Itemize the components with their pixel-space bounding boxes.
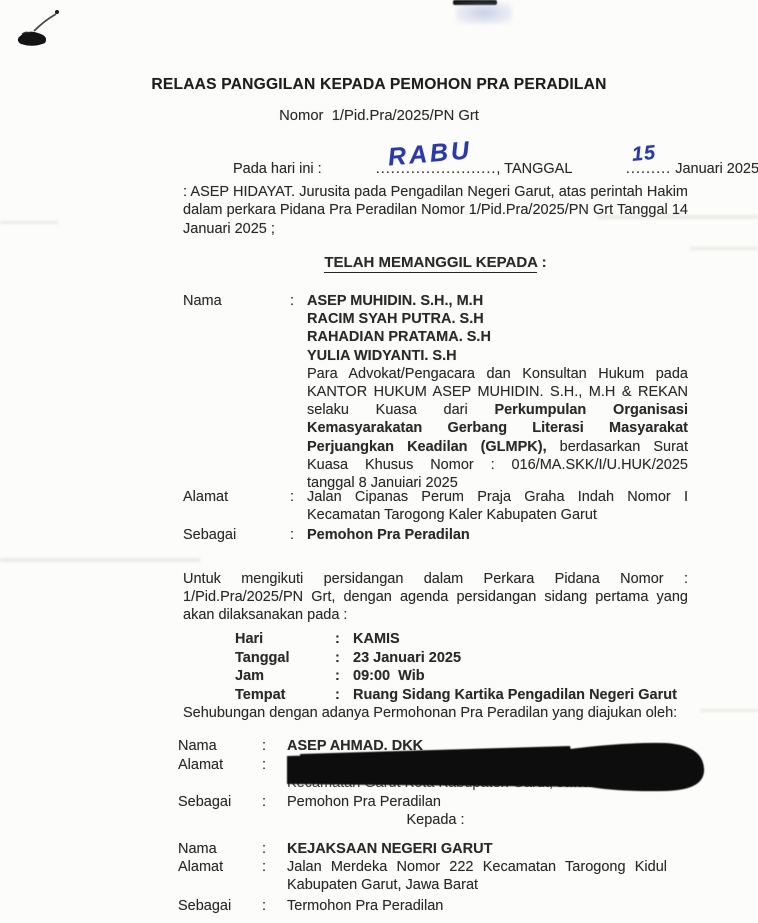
colon: : xyxy=(335,630,353,649)
respondent-name: KEJAKSAAN NEGERI GARUT xyxy=(287,840,688,858)
respondent-nama-row: Nama : KEJAKSAAN NEGERI GARUT xyxy=(178,840,688,858)
corner-ink-mark-icon xyxy=(12,4,66,52)
jam-label: Jam xyxy=(235,667,335,686)
alamat-label: Alamat xyxy=(178,756,262,792)
recipient-sebagai-row: Sebagai : Pemohon Pra Peradilan xyxy=(183,526,688,544)
opening-paragraph: Pada hari ini : ........................… xyxy=(183,160,688,238)
recipient-names: ASEP MUHIDIN. S.H., M.H RACIM SYAH PUTRA… xyxy=(307,292,688,492)
respondent-role: Termohon Pra Peradilan xyxy=(287,897,688,915)
opening-mid: , TANGGAL xyxy=(496,161,576,177)
colon: : xyxy=(262,858,287,894)
petitioner-intro: Sehubungan dengan adanya Permohonan Pra … xyxy=(183,704,708,722)
colon: : xyxy=(335,667,353,686)
recipient-role: Pemohon Pra Peradilan xyxy=(307,526,688,544)
alamat-label: Alamat xyxy=(178,858,262,894)
hearing-schedule: Hari : KAMIS Tanggal : 23 Januari 2025 J… xyxy=(235,630,695,704)
case-number: Nomor 1/Pid.Pra/2025/PN Grt xyxy=(0,107,758,125)
document-title: RELAAS PANGGILAN KEPADA PEMOHON PRA PERA… xyxy=(0,76,758,94)
summon-heading-text: TELAH MEMANGGIL KEPADA xyxy=(324,254,537,273)
sebagai-label: Sebagai xyxy=(178,793,262,811)
schedule-row-tanggal: Tanggal : 23 Januari 2025 xyxy=(235,649,695,668)
recipient-nama-row: Nama : ASEP MUHIDIN. S.H., M.H RACIM SYA… xyxy=(183,292,688,492)
schedule-row-jam: Jam : 09:00 Wib xyxy=(235,667,695,686)
colon: : xyxy=(262,897,287,915)
hearing-intro: Untuk mengikuti persidangan dalam Perkar… xyxy=(183,570,688,625)
hari-value: KAMIS xyxy=(353,630,695,649)
colon: : xyxy=(262,840,287,858)
colon: : xyxy=(290,292,307,492)
tanggal-value: 23 Januari 2025 xyxy=(353,649,695,668)
hari-label: Hari xyxy=(235,630,335,649)
opening-prefix: Pada hari ini : xyxy=(233,161,326,177)
blue-ink-smudge xyxy=(456,2,512,24)
scan-streak xyxy=(0,558,200,562)
counsel-name: YULIA WIDYANTI. S.H xyxy=(307,347,688,365)
summon-heading: TELAH MEMANGGIL KEPADA : xyxy=(183,254,688,272)
scan-streak xyxy=(0,221,58,224)
document-page: RELAAS PANGGILAN KEPADA PEMOHON PRA PERA… xyxy=(0,0,758,923)
alamat-label: Alamat xyxy=(183,488,290,524)
colon: : xyxy=(335,686,353,705)
kepada-heading: Kepada : xyxy=(183,811,688,829)
jam-value: 09:00 Wib xyxy=(353,667,695,686)
respondent-alamat-row: Alamat : Jalan Merdeka Nomor 222 Kecamat… xyxy=(178,858,688,894)
redaction-marker-bar xyxy=(270,738,720,804)
opening-line1: Pada hari ini : ........................… xyxy=(183,160,688,178)
day-dotted-line: ........................RABU xyxy=(326,160,497,178)
respondent-sebagai-row: Sebagai : Termohon Pra Peradilan xyxy=(178,897,688,915)
recipient-address: Jalan Cipanas Perum Praja Graha Indah No… xyxy=(307,488,688,524)
summon-heading-colon: : xyxy=(537,254,546,271)
counsel-name: RAHADIAN PRATAMA. S.H xyxy=(307,328,688,346)
scan-streak xyxy=(690,247,758,250)
nama-label: Nama xyxy=(178,737,262,755)
respondent-address: Jalan Merdeka Nomor 222 Kecamatan Tarogo… xyxy=(287,858,667,894)
sebagai-label: Sebagai xyxy=(178,897,262,915)
counsel-name: ASEP MUHIDIN. S.H., M.H xyxy=(307,292,688,310)
counsel-name: RACIM SYAH PUTRA. S.H xyxy=(307,310,688,328)
date-dotted-line: .........15 xyxy=(576,160,671,178)
recipient-alamat-row: Alamat : Jalan Cipanas Perum Praja Graha… xyxy=(183,488,688,524)
scan-streak xyxy=(700,709,758,712)
colon: : xyxy=(335,649,353,668)
opening-body: : ASEP HIDAYAT. Jurusita pada Pengadilan… xyxy=(183,183,688,238)
colon: : xyxy=(290,488,307,524)
schedule-row-tempat: Tempat : Ruang Sidang Kartika Pengadilan… xyxy=(235,686,695,705)
opening-suffix: Januari 2025, saya xyxy=(671,161,758,177)
nama-label: Nama xyxy=(183,292,290,492)
tempat-label: Tempat xyxy=(235,686,335,705)
tanggal-label: Tanggal xyxy=(235,649,335,668)
counsel-description: Para Advokat/Pengacara dan Konsultan Huk… xyxy=(307,365,688,492)
tempat-value: Ruang Sidang Kartika Pengadilan Negeri G… xyxy=(353,686,695,705)
nama-label: Nama xyxy=(178,840,262,858)
colon: : xyxy=(290,526,307,544)
schedule-row-hari: Hari : KAMIS xyxy=(235,630,695,649)
sebagai-label: Sebagai xyxy=(183,526,290,544)
